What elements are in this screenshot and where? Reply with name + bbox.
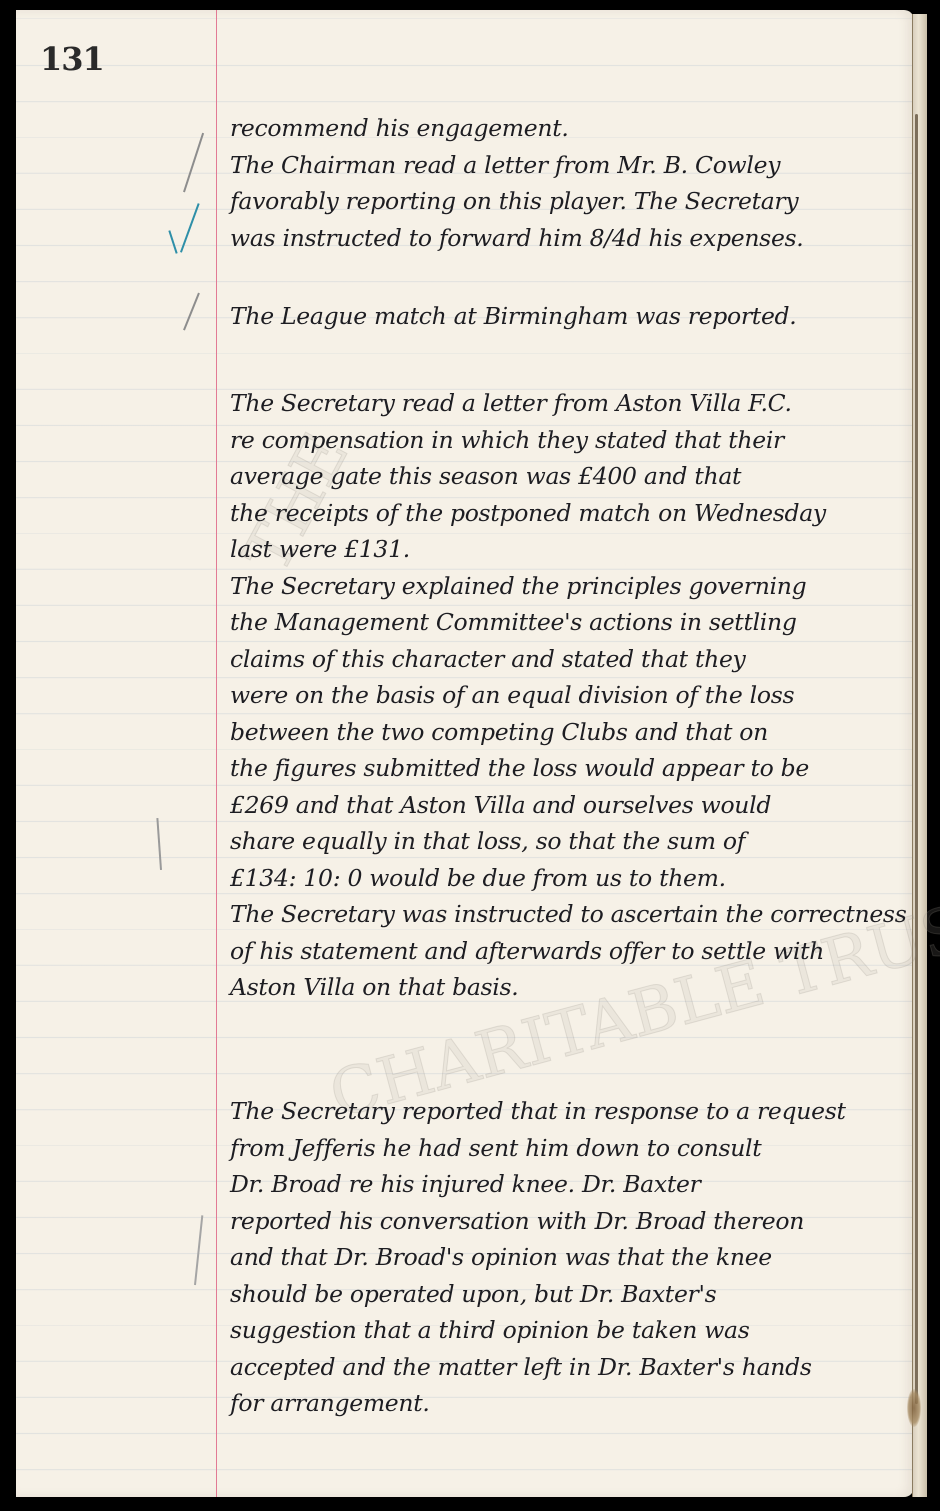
text-line: were on the basis of an equal division o… [230,677,906,714]
page-number: 131 [40,40,104,78]
binding-thread [915,114,918,1404]
red-margin-rule [216,10,217,1497]
text-line: between the two competing Clubs and that… [230,714,906,751]
text-line: The Chairman read a letter from Mr. B. C… [230,147,803,184]
text-line: should be operated upon, but Dr. Baxter'… [230,1276,846,1313]
text-line: The Secretary explained the principles g… [230,568,906,605]
text-line: The League match at Birmingham was repor… [230,298,796,335]
text-line: re compensation in which they stated tha… [230,422,906,459]
text-line: accepted and the matter left in Dr. Baxt… [230,1349,846,1386]
text-line: for arrangement. [230,1385,846,1422]
text-line: reported his conversation with Dr. Broad… [230,1203,846,1240]
text-line: of his statement and afterwards offer to… [230,933,906,970]
minute-league-match: The League match at Birmingham was repor… [230,298,796,335]
text-line: The Secretary reported that in response … [230,1093,846,1130]
text-line: was instructed to forward him 8/4d his e… [230,220,803,257]
book-page-edge [912,14,927,1497]
text-line: The Secretary was instructed to ascertai… [230,896,906,933]
text-line: Dr. Broad re his injured knee. Dr. Baxte… [230,1166,846,1203]
text-line: The Secretary read a letter from Aston V… [230,385,906,422]
text-line: the figures submitted the loss would app… [230,750,906,787]
text-line: claims of this character and stated that… [230,641,906,678]
blue-check-mark-icon [180,200,182,252]
text-line: favorably reporting on this player. The … [230,183,803,220]
text-line: average gate this season was £400 and th… [230,458,906,495]
minute-jefferis-knee: The Secretary reported that in response … [230,1093,846,1422]
text-line: recommend his engagement. [230,110,803,147]
minute-aston-villa-compensation: The Secretary read a letter from Aston V… [230,385,906,1006]
minute-chairman-letter: recommend his engagement. The Chairman r… [230,110,803,256]
text-line: from Jefferis he had sent him down to co… [230,1130,846,1167]
text-line: last were £131. [230,531,906,568]
text-line: £134: 10: 0 would be due from us to them… [230,860,906,897]
text-line: £269 and that Aston Villa and ourselves … [230,787,906,824]
text-line: suggestion that a third opinion be taken… [230,1312,846,1349]
text-line: the receipts of the postponed match on W… [230,495,906,532]
text-line: Aston Villa on that basis. [230,969,906,1006]
text-line: and that Dr. Broad's opinion was that th… [230,1239,846,1276]
text-line: the Management Committee's actions in se… [230,604,906,641]
edge-stain [907,1389,921,1427]
text-line: share equally in that loss, so that the … [230,823,906,860]
